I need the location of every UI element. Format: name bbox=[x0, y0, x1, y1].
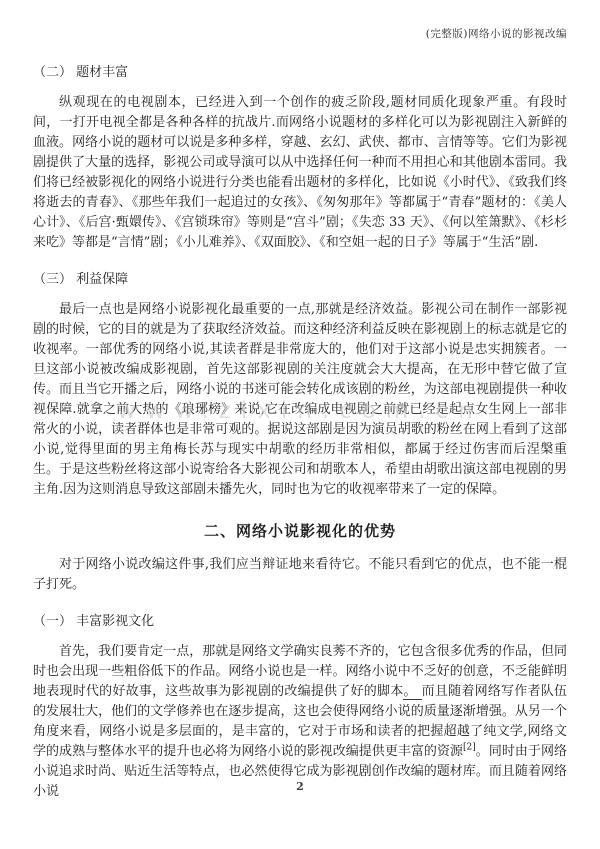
paragraph-enrich-culture: 首先，我们要肯定一点，那就是网络文学确实良莠不齐的，它包含很多优秀的作品，但同时… bbox=[33, 642, 567, 802]
paragraph-intro-dialectic: 对于网络小说改编这件事,我们应当辩证地来看待它。不能只看到它的优点，也不能一棍子… bbox=[33, 555, 567, 595]
paragraph-benefit-guarantee: 最后一点也是网络小说影视化最重要的一点,那就是经济效益。影视公司在制作一部影视剧… bbox=[33, 300, 567, 500]
text-block: (完整版)网络小说的影视改编 （二） 题材丰富 纵观现在的电视剧本，已经进入到一… bbox=[0, 0, 600, 802]
citation-superscript: [2] bbox=[463, 743, 476, 753]
underlined-punctuation: 。 bbox=[403, 684, 421, 700]
paragraph-subject-variety: 纵观现在的电视剧本，已经进入到一个创作的疲乏阶段,题材同质化现象严重。有段时间，… bbox=[33, 93, 567, 253]
chapter-heading-advantages: 二、网络小说影视化的优势 bbox=[33, 520, 567, 541]
running-header: (完整版)网络小说的影视改编 bbox=[33, 26, 567, 41]
section-heading-culture: （一） 丰富影视文化 bbox=[33, 610, 567, 629]
page-number: 2 bbox=[0, 780, 600, 793]
section-heading-subject: （二） 题材丰富 bbox=[33, 61, 567, 80]
document-page: (完整版)网络小说的影视改编 （二） 题材丰富 纵观现在的电视剧本，已经进入到一… bbox=[0, 0, 600, 849]
section-heading-benefit: （三） 利益保障 bbox=[33, 268, 567, 287]
